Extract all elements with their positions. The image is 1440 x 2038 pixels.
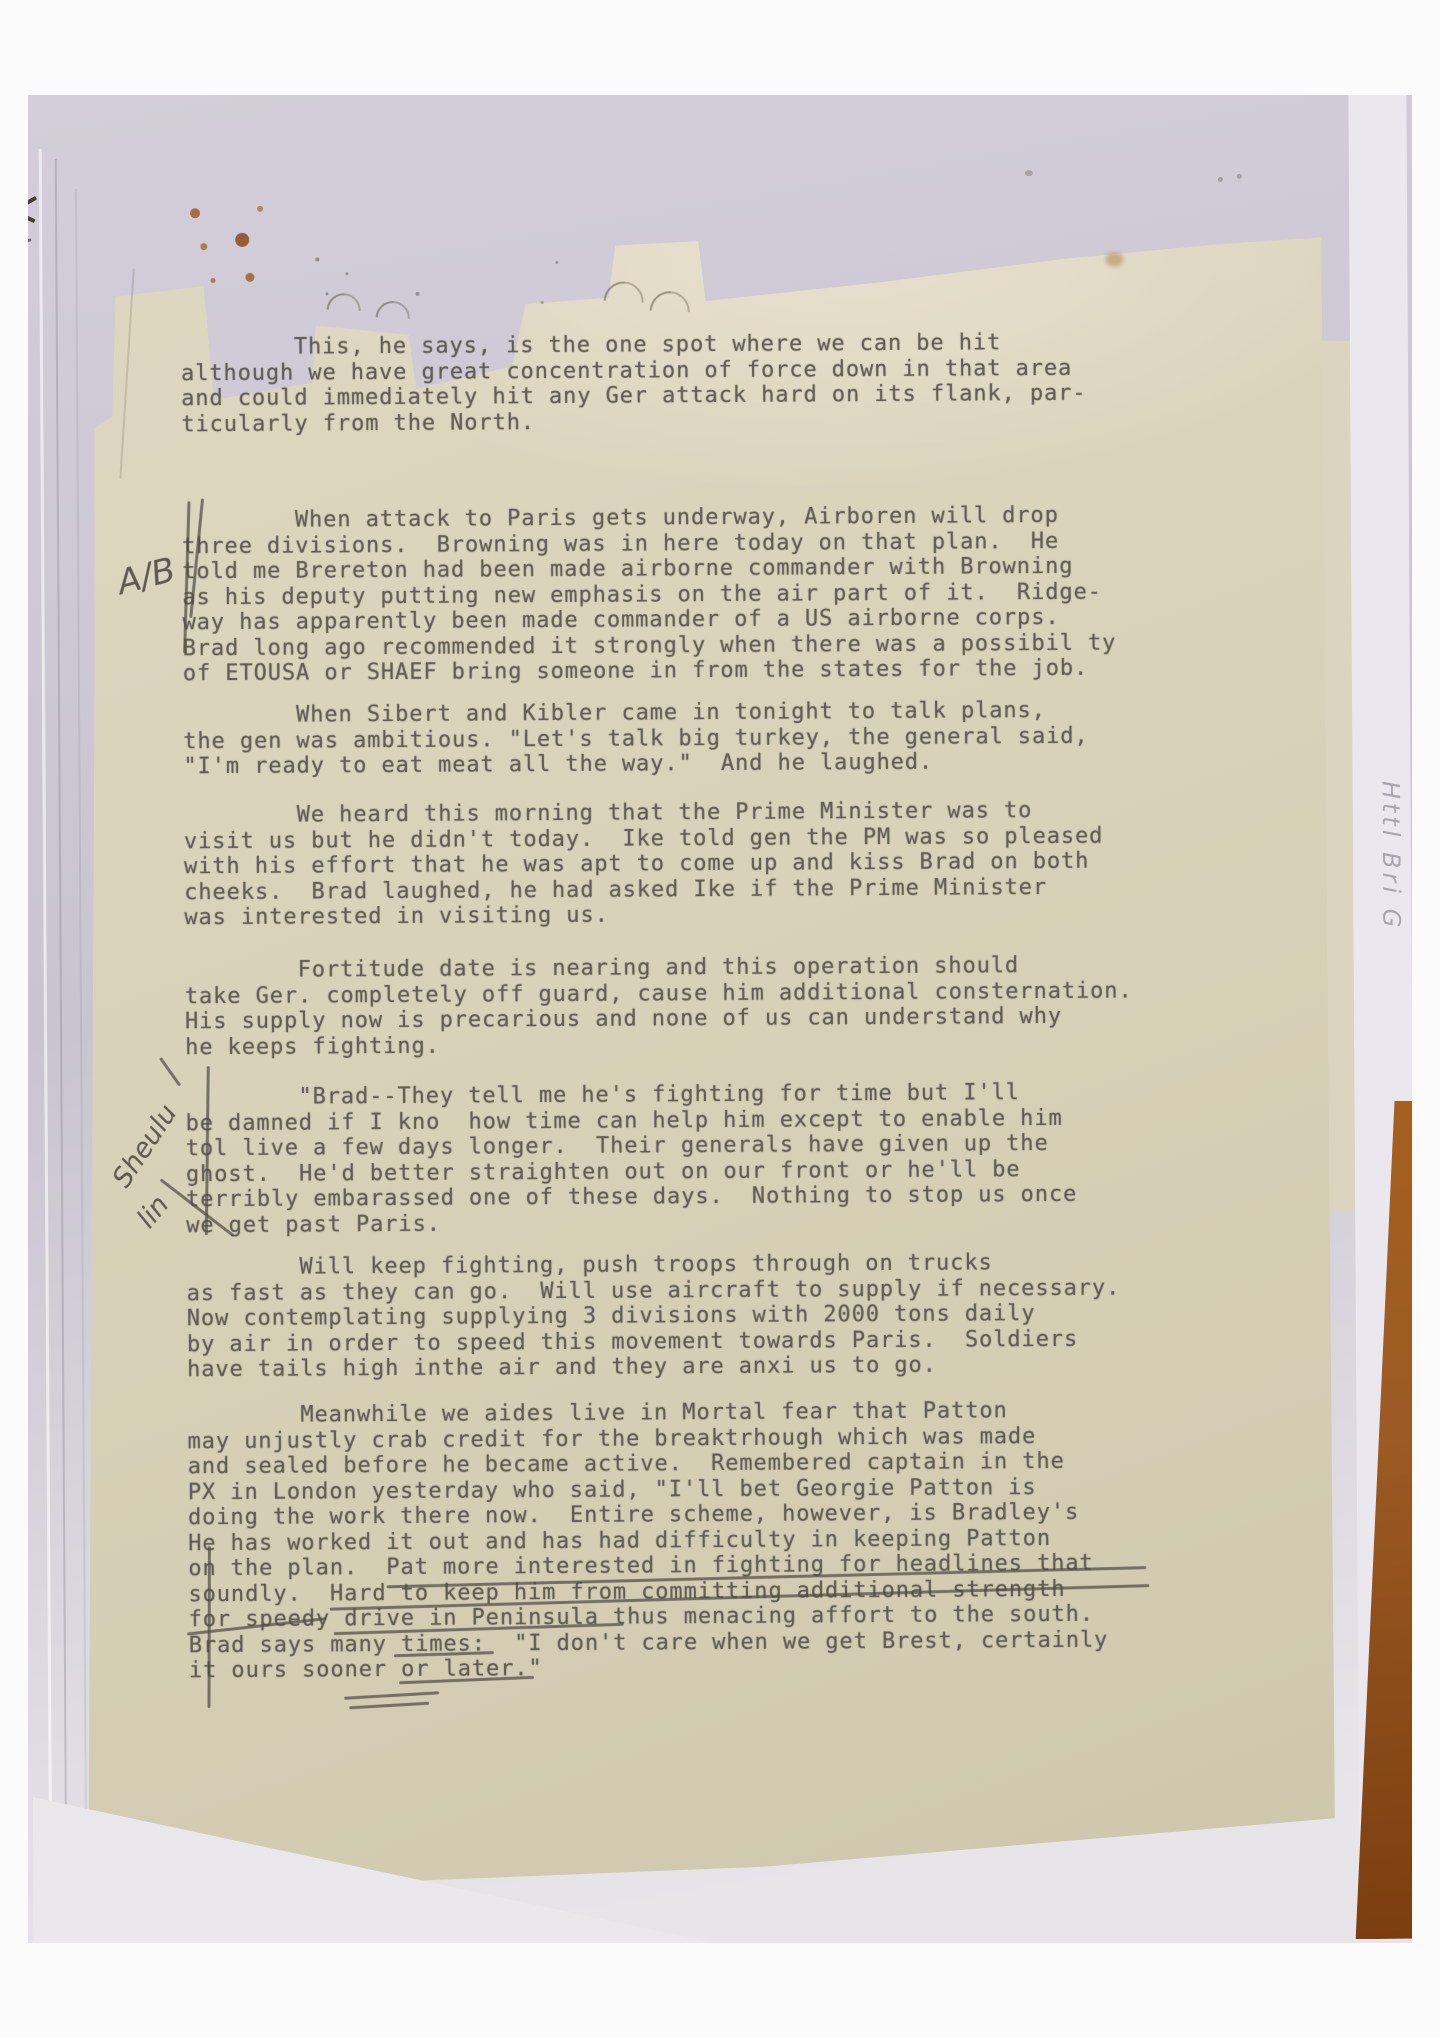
photograph-of-document: This, he says, is the one spot where we … bbox=[28, 95, 1412, 1943]
typed-text: This, he says, is the one spot where we … bbox=[179, 95, 1199, 98]
speckle bbox=[315, 257, 319, 261]
rust-stain bbox=[245, 273, 254, 282]
rust-stain bbox=[235, 233, 249, 247]
speckle bbox=[1218, 177, 1223, 182]
edge-ink-mark bbox=[28, 196, 37, 207]
paragraph: When Sibert and Kibler came in tonight t… bbox=[183, 697, 1203, 780]
paragraph: Meanwhile we aides live in Mortal fear t… bbox=[187, 1397, 1209, 1684]
paragraph: This, he says, is the one spot where we … bbox=[181, 329, 1202, 437]
speckle bbox=[541, 301, 544, 304]
sheet-edge-line bbox=[55, 159, 68, 1879]
document-stack: This, he says, is the one spot where we … bbox=[28, 95, 1412, 1943]
speckle bbox=[345, 272, 348, 275]
sheet-edge-line bbox=[75, 189, 87, 1879]
paragraph: Will keep fighting, push troops through … bbox=[186, 1249, 1207, 1383]
rust-stain bbox=[257, 206, 263, 212]
rust-stain bbox=[200, 243, 207, 250]
rust-stain bbox=[1105, 253, 1123, 267]
paragraph: We heard this morning that the Prime Min… bbox=[184, 797, 1205, 931]
handwritten-edge-note: Httl Bri G bbox=[1377, 781, 1407, 1121]
speckle bbox=[555, 261, 558, 264]
rust-stain bbox=[190, 208, 200, 218]
paragraph: "Brad--They tell me he's fighting for ti… bbox=[185, 1079, 1206, 1238]
edge-ink-mark bbox=[28, 215, 35, 223]
pencil-margin-line bbox=[207, 1546, 210, 1708]
speckle bbox=[1237, 174, 1242, 179]
paragraph: When attack to Paris gets underway, Airb… bbox=[182, 502, 1203, 687]
paragraph: Fortitude date is nearing and this opera… bbox=[185, 952, 1206, 1060]
rust-stain bbox=[210, 278, 215, 283]
speckle bbox=[416, 292, 420, 296]
sheet-edge-highlight bbox=[39, 149, 53, 1889]
speckle bbox=[326, 292, 329, 295]
speckle bbox=[1025, 170, 1033, 176]
edge-ink-mark bbox=[28, 238, 31, 243]
